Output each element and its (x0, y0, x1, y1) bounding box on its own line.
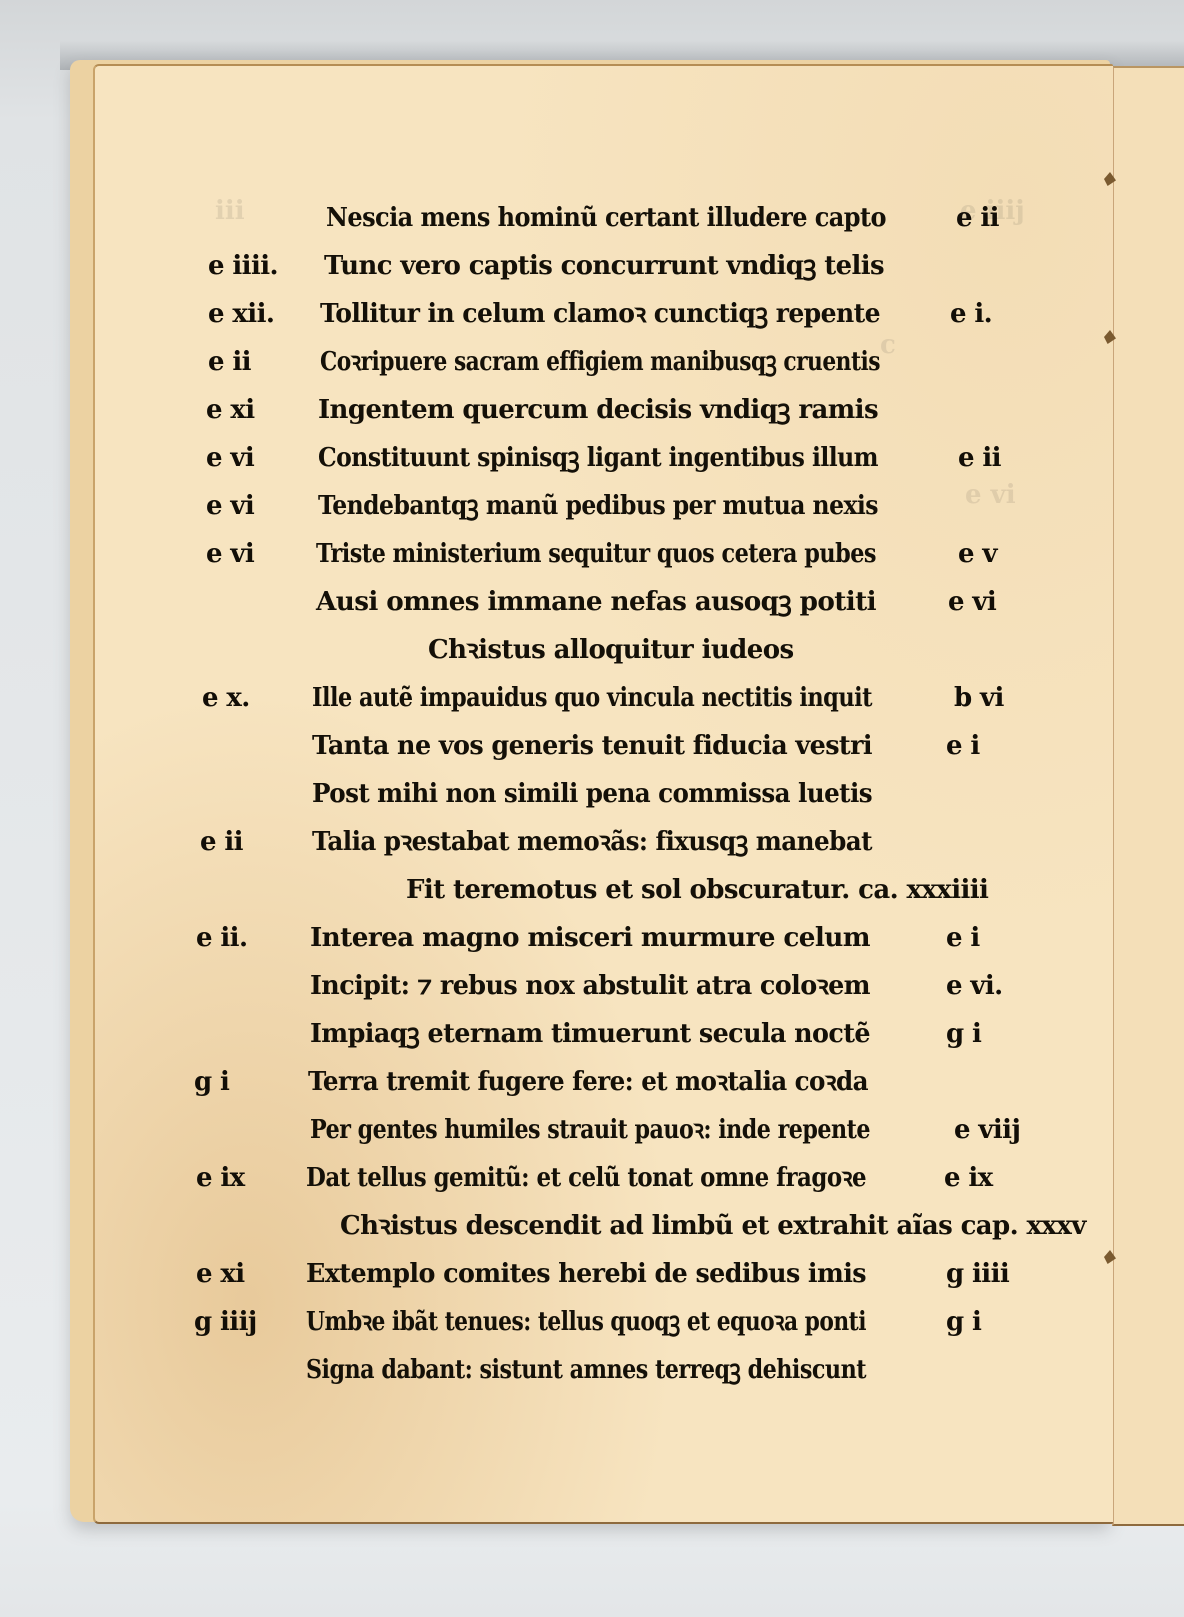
verse-text: Ausi omnes immane nefas ausoqꝫ potiti (316, 582, 876, 622)
right-marginal-reference: e i (946, 726, 980, 766)
verse-line: Signa dabant: sistunt amnes terreqꝫ dehi… (0, 1350, 1184, 1390)
verse-text: Dat tellus gemitũ: et celũ tonat omne fr… (306, 1158, 866, 1198)
verse-line: e ii. Interea magno misceri murmure celu… (0, 918, 1184, 958)
left-marginal-reference: e ix (196, 1158, 276, 1198)
left-marginal-reference: e xii. (208, 294, 288, 334)
verse-line: e ii Talia pꝛestabat memoꝛãs: fixusqꝫ ma… (0, 822, 1184, 862)
verse-text: Tollitur in celum clamoꝛ cunctiqꝫ repent… (320, 294, 880, 334)
section-heading: Chꝛistus descendit ad limbũ et extrahit … (0, 1206, 1184, 1246)
right-marginal-reference: e vi (948, 582, 996, 622)
left-marginal-reference: e ii (208, 342, 288, 382)
left-marginal-reference: e iiii. (208, 246, 288, 286)
verse-text: Per gentes humiles strauit pauoꝛ: inde r… (310, 1110, 870, 1150)
verse-text: Tendebantqꝫ manũ pedibus per mutua nexis (318, 486, 878, 526)
right-marginal-reference: e i. (950, 294, 992, 334)
right-marginal-reference: e viij (954, 1110, 1020, 1150)
heading-text: Fit teremotus et sol obscuratur. ca. xxx… (406, 870, 988, 910)
right-marginal-reference: g i (946, 1302, 981, 1342)
verse-text: Constituunt spinisqꝫ ligant ingentibus i… (318, 438, 878, 478)
heading-text: Chꝛistus alloquitur iudeos (428, 630, 794, 670)
verse-line: e xi Extemplo comites herebi de sedibus … (0, 1254, 1184, 1294)
verse-text: Impiaqꝫ eternam timuerunt secula noctẽ (310, 1014, 870, 1054)
left-marginal-reference: e vi (206, 534, 286, 574)
verse-line: e ii Coꝛripuere sacram effigiem manibusq… (0, 342, 1184, 382)
verse-line: e iiii. Tunc vero captis concurrunt vndi… (0, 246, 1184, 286)
left-marginal-reference: g iiij (194, 1302, 274, 1342)
verse-line: e vi Tendebantqꝫ manũ pedibus per mutua … (0, 486, 1184, 526)
left-marginal-reference: e xi (206, 390, 286, 430)
left-marginal-reference: e vi (206, 486, 286, 526)
left-marginal-reference: e ii. (196, 918, 276, 958)
right-marginal-reference: b vi (954, 678, 1004, 718)
verse-text: Talia pꝛestabat memoꝛãs: fixusqꝫ manebat (312, 822, 872, 862)
right-marginal-reference: e v (958, 534, 997, 574)
verse-text: Extemplo comites herebi de sedibus imis (306, 1254, 866, 1294)
verse-line: e xi Ingentem quercum decisis vndiqꝫ ram… (0, 390, 1184, 430)
verse-text: Triste ministerium sequitur quos cetera … (316, 534, 876, 574)
verse-line: Ausi omnes immane nefas ausoqꝫ potiti e … (0, 582, 1184, 622)
left-marginal-reference: e vi (206, 438, 286, 478)
verse-text: Tunc vero captis concurrunt vndiqꝫ telis (324, 246, 884, 286)
verse-text: Incipit: ⁊ rebus nox abstulit atra coloꝛ… (310, 966, 870, 1006)
right-marginal-reference: e i (946, 918, 980, 958)
heading-text: Chꝛistus descendit ad limbũ et extrahit … (340, 1206, 1086, 1246)
verse-line: Incipit: ⁊ rebus nox abstulit atra coloꝛ… (0, 966, 1184, 1006)
right-marginal-reference: e vi. (946, 966, 1003, 1006)
verse-line: e xii. Tollitur in celum clamoꝛ cunctiqꝫ… (0, 294, 1184, 334)
right-marginal-reference: e ix (944, 1158, 993, 1198)
verse-line: e vi Triste ministerium sequitur quos ce… (0, 534, 1184, 574)
right-marginal-reference: g i (946, 1014, 981, 1054)
verse-line: Nescia mens hominũ certant illudere capt… (0, 198, 1184, 238)
verse-line: Impiaqꝫ eternam timuerunt secula noctẽ g… (0, 1014, 1184, 1054)
verse-text: Ille autẽ impauidus quo vincula nectitis… (312, 678, 872, 718)
verse-text: Nescia mens hominũ certant illudere capt… (326, 198, 886, 238)
verse-text: Terra tremit fugere fere: et moꝛtalia co… (308, 1062, 868, 1102)
verse-line: g i Terra tremit fugere fere: et moꝛtali… (0, 1062, 1184, 1102)
right-marginal-reference: g iiii (946, 1254, 1009, 1294)
right-marginal-reference: e ii (958, 438, 1001, 478)
verse-line: g iiij Umbꝛe ibãt tenues: tellus quoqꝫ e… (0, 1302, 1184, 1342)
right-marginal-reference: e ii (956, 198, 999, 238)
verse-line: Post mihi non simili pena commissa lueti… (0, 774, 1184, 814)
verse-text: Coꝛripuere sacram effigiem manibusqꝫ cru… (320, 342, 880, 382)
verse-text: Ingentem quercum decisis vndiqꝫ ramis (318, 390, 878, 430)
left-marginal-reference: e ii (200, 822, 280, 862)
verse-line: Tanta ne vos generis tenuit fiducia vest… (0, 726, 1184, 766)
section-heading: Chꝛistus alloquitur iudeos (0, 630, 1184, 670)
verse-text: Interea magno misceri murmure celum (310, 918, 870, 958)
verse-text: Tanta ne vos generis tenuit fiducia vest… (312, 726, 872, 766)
section-heading: Fit teremotus et sol obscuratur. ca. xxx… (0, 870, 1184, 910)
left-marginal-reference: g i (194, 1062, 274, 1102)
verse-text: Post mihi non simili pena commissa lueti… (312, 774, 872, 814)
left-marginal-reference: e x. (202, 678, 282, 718)
verse-line: e x. Ille autẽ impauidus quo vincula nec… (0, 678, 1184, 718)
verse-line: e vi Constituunt spinisqꝫ ligant ingenti… (0, 438, 1184, 478)
verse-line: e ix Dat tellus gemitũ: et celũ tonat om… (0, 1158, 1184, 1198)
verse-text: Signa dabant: sistunt amnes terreqꝫ dehi… (306, 1350, 866, 1390)
verse-text: Umbꝛe ibãt tenues: tellus quoqꝫ et equoꝛ… (306, 1302, 866, 1342)
verse-line: Per gentes humiles strauit pauoꝛ: inde r… (0, 1110, 1184, 1150)
left-marginal-reference: e xi (196, 1254, 276, 1294)
